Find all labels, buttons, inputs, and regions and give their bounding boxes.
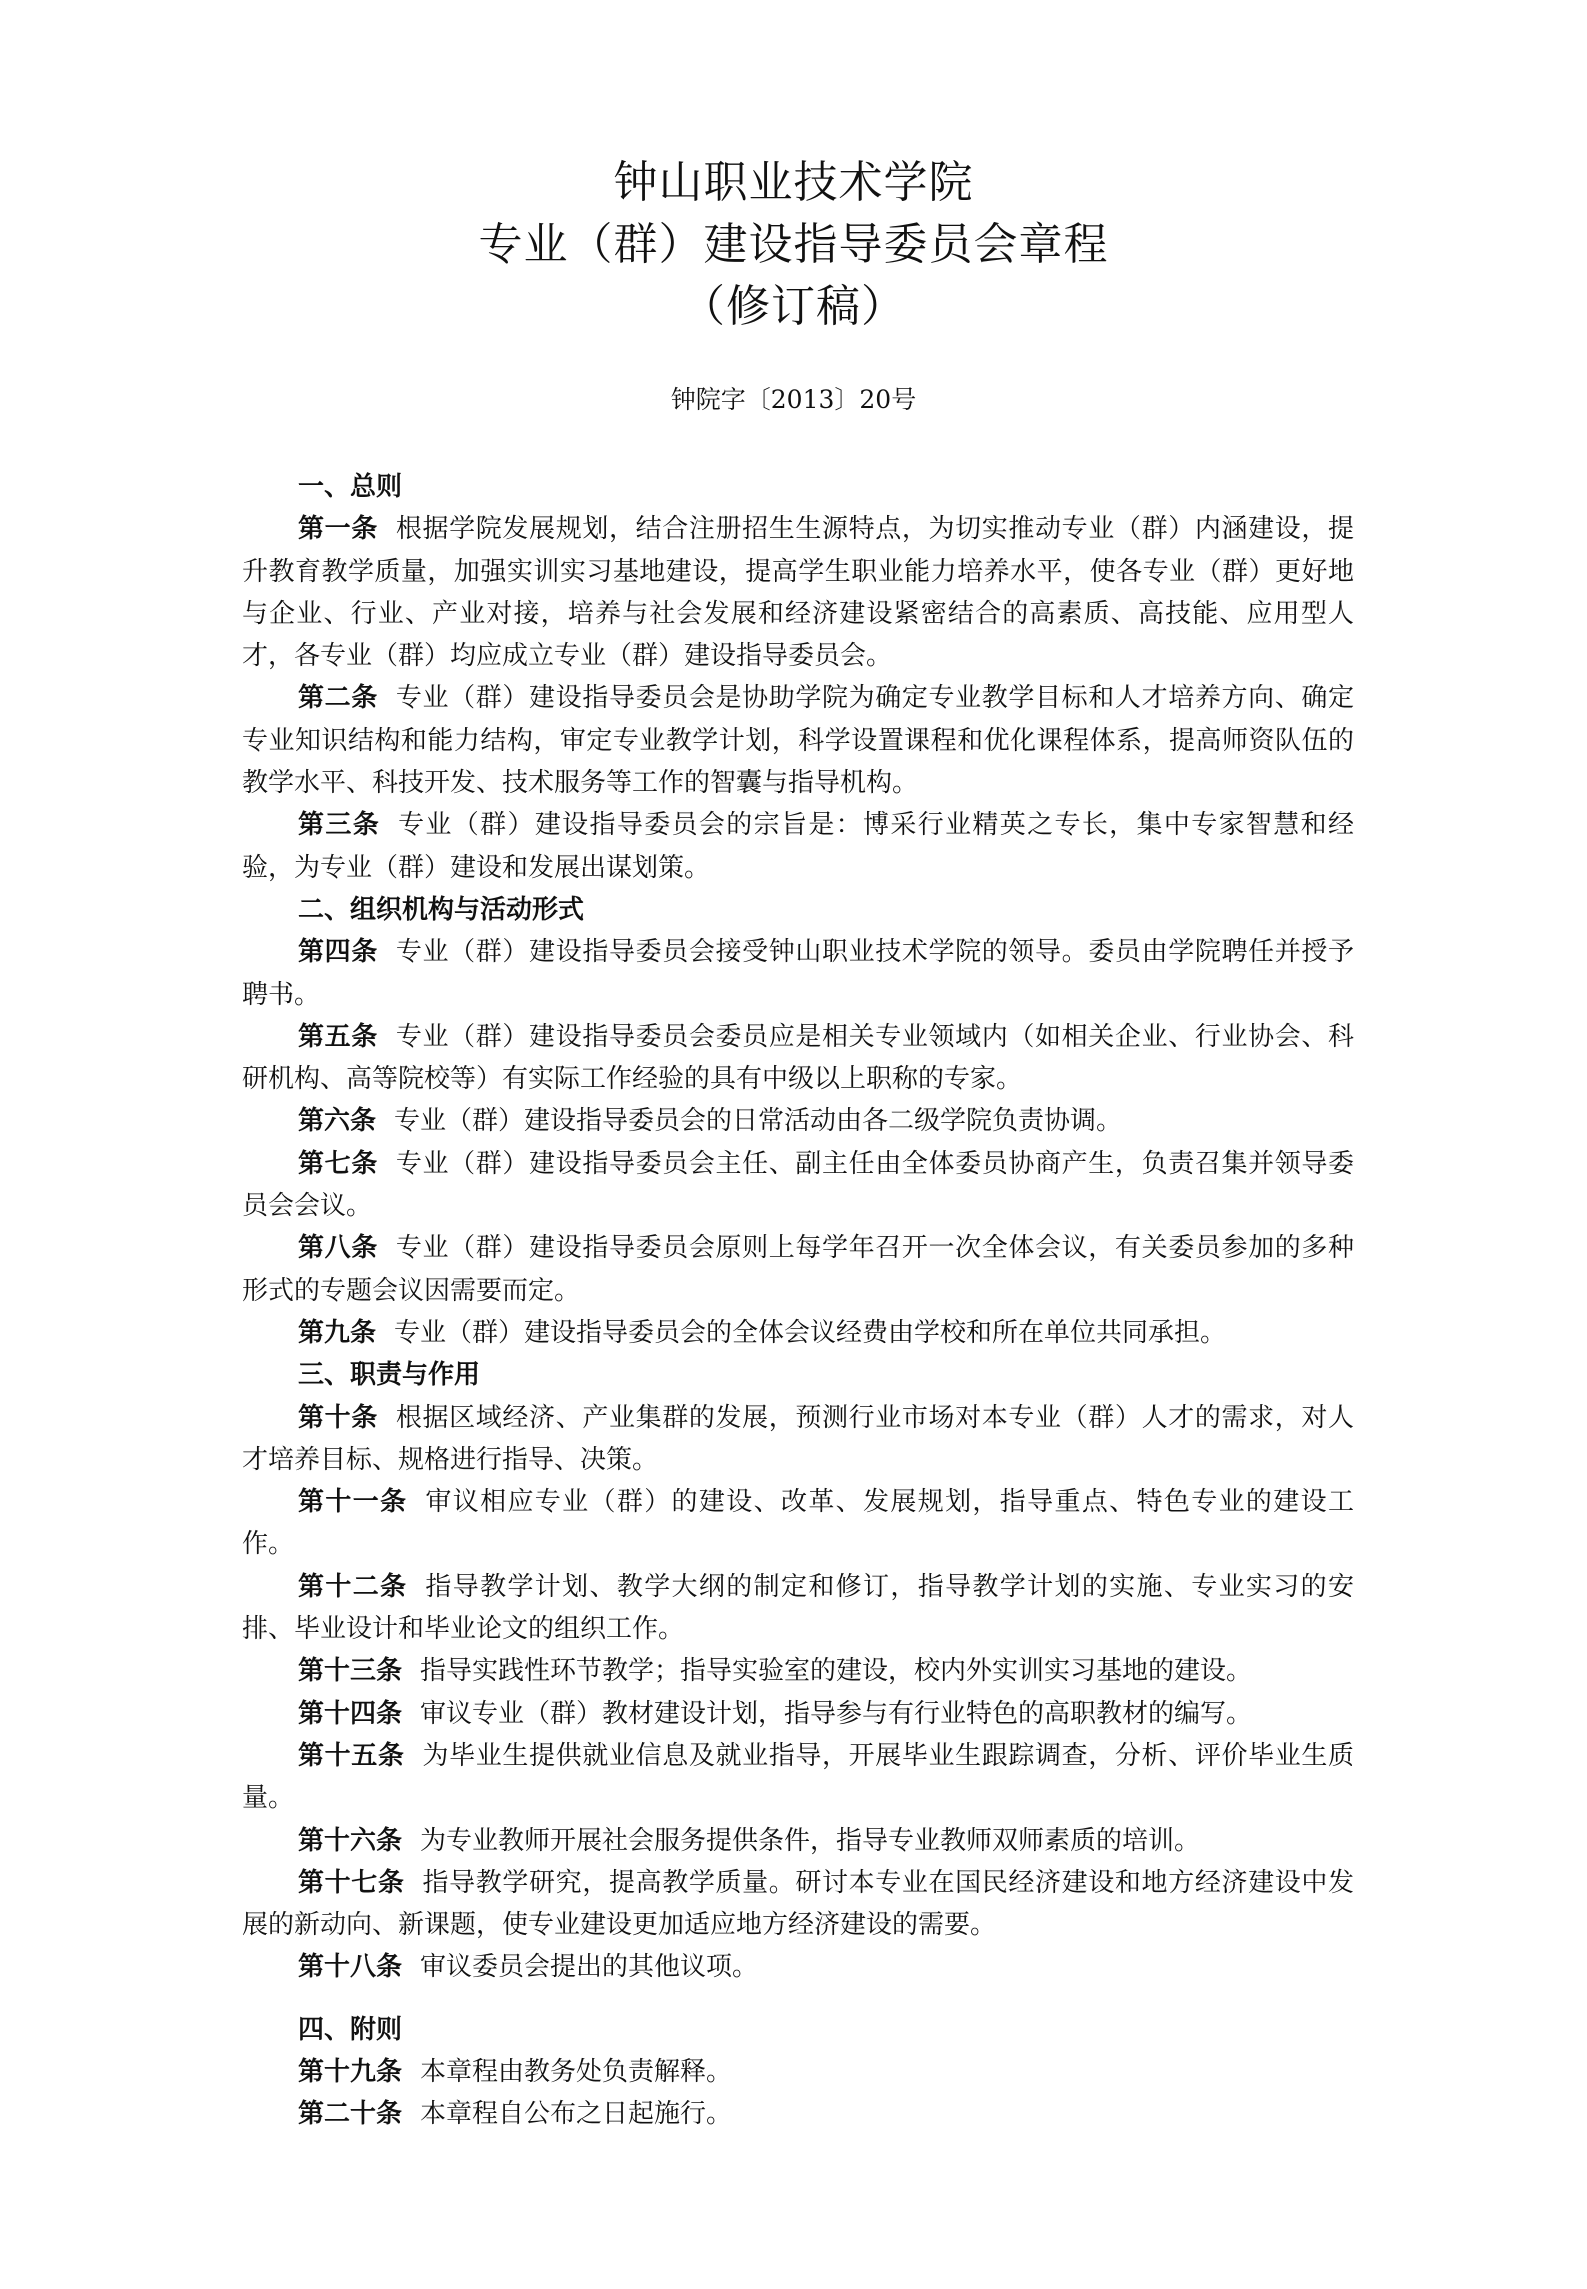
section-heading: 二、组织机构与活动形式: [242, 889, 1354, 931]
article-text: 专业（群）建设指导委员会主任、副主任由全体委员协商产生，负责召集并领导委员会会议…: [242, 1149, 1354, 1221]
title-institution: 钟山职业技术学院: [0, 152, 1587, 214]
article-text: 指导教学计划、教学大纲的制定和修订，指导教学计划的实施、专业实习的安排、毕业设计…: [242, 1572, 1354, 1644]
section-heading: 四、附则: [242, 2009, 1354, 2051]
article: 第十二条指导教学计划、教学大纲的制定和修订，指导教学计划的实施、专业实习的安排、…: [242, 1566, 1354, 1651]
article-label: 第十八条: [298, 1952, 402, 1982]
article-text: 专业（群）建设指导委员会原则上每学年召开一次全体会议，有关委员参加的多种形式的专…: [242, 1233, 1354, 1305]
article: 第十五条为毕业生提供就业信息及就业指导，开展毕业生跟踪调查，分析、评价毕业生质量…: [242, 1735, 1354, 1820]
article-text: 审议相应专业（群）的建设、改革、发展规划，指导重点、特色专业的建设工作。: [242, 1487, 1354, 1559]
article-label: 第十九条: [298, 2057, 402, 2087]
article-label: 第十四条: [298, 1699, 402, 1729]
article-label: 第十二条: [298, 1572, 407, 1602]
article-label: 第十一条: [298, 1487, 407, 1517]
article: 第四条专业（群）建设指导委员会接受钟山职业技术学院的领导。委员由学院聘任并授予聘…: [242, 931, 1354, 1016]
title-revision-note: （修订稿）: [0, 276, 1587, 338]
article-text: 根据学院发展规划，结合注册招生生源特点，为切实推动专业（群）内涵建设，提升教育教…: [242, 514, 1354, 671]
article-label: 第二十条: [298, 2099, 402, 2129]
article: 第十三条指导实践性环节教学；指导实验室的建设，校内外实训实习基地的建设。: [242, 1650, 1354, 1692]
article: 第七条专业（群）建设指导委员会主任、副主任由全体委员协商产生，负责召集并领导委员…: [242, 1143, 1354, 1228]
article-text: 专业（群）建设指导委员会委员应是相关专业领域内（如相关企业、行业协会、科研机构、…: [242, 1022, 1354, 1094]
article-label: 第一条: [298, 514, 378, 544]
section-heading: 三、职责与作用: [242, 1354, 1354, 1396]
article-text: 根据区域经济、产业集群的发展，预测行业市场对本专业（群）人才的需求，对人才培养目…: [242, 1403, 1354, 1475]
article-label: 第三条: [298, 810, 380, 840]
article-text: 专业（群）建设指导委员会接受钟山职业技术学院的领导。委员由学院聘任并授予聘书。: [242, 937, 1354, 1009]
article: 第十六条为专业教师开展社会服务提供条件，指导专业教师双师素质的培训。: [242, 1820, 1354, 1862]
article: 第十一条审议相应专业（群）的建设、改革、发展规划，指导重点、特色专业的建设工作。: [242, 1481, 1354, 1566]
article: 第二条专业（群）建设指导委员会是协助学院为确定专业教学目标和人才培养方向、确定专…: [242, 677, 1354, 804]
article: 第十四条审议专业（群）教材建设计划，指导参与有行业特色的高职教材的编写。: [242, 1693, 1354, 1735]
article: 第二十条本章程自公布之日起施行。: [242, 2093, 1354, 2135]
article: 第十条根据区域经济、产业集群的发展，预测行业市场对本专业（群）人才的需求，对人才…: [242, 1397, 1354, 1482]
document-page: 钟山职业技术学院 专业（群）建设指导委员会章程 （修订稿） 钟院字〔2013〕2…: [0, 0, 1587, 2289]
article-text: 指导实践性环节教学；指导实验室的建设，校内外实训实习基地的建设。: [420, 1656, 1252, 1686]
article-text: 专业（群）建设指导委员会的日常活动由各二级学院负责协调。: [394, 1106, 1122, 1136]
article: 第八条专业（群）建设指导委员会原则上每学年召开一次全体会议，有关委员参加的多种形…: [242, 1227, 1354, 1312]
article-label: 第十七条: [298, 1868, 405, 1898]
article-label: 第五条: [298, 1022, 378, 1052]
article: 第十七条指导教学研究，提高教学质量。研讨本专业在国民经济建设和地方经济建设中发展…: [242, 1862, 1354, 1947]
article-label: 第十三条: [298, 1656, 402, 1686]
article-text: 为毕业生提供就业信息及就业指导，开展毕业生跟踪调查，分析、评价毕业生质量。: [242, 1741, 1354, 1813]
article: 第三条专业（群）建设指导委员会的宗旨是：博采行业精英之专长，集中专家智慧和经验，…: [242, 804, 1354, 889]
article: 第十九条本章程由教务处负责解释。: [242, 2051, 1354, 2093]
article-label: 第四条: [298, 937, 378, 967]
article-text: 指导教学研究，提高教学质量。研讨本专业在国民经济建设和地方经济建设中发展的新动向…: [242, 1868, 1354, 1940]
article-text: 本章程自公布之日起施行。: [420, 2099, 732, 2129]
article: 第一条根据学院发展规划，结合注册招生生源特点，为切实推动专业（群）内涵建设，提升…: [242, 508, 1354, 677]
title-charter-name: 专业（群）建设指导委员会章程: [0, 214, 1587, 276]
article-label: 第十条: [298, 1403, 378, 1433]
article-label: 第七条: [298, 1149, 378, 1179]
section-heading: 一、总则: [242, 466, 1354, 508]
article-text: 本章程由教务处负责解释。: [420, 2057, 732, 2087]
document-body: 一、总则 第一条根据学院发展规划，结合注册招生生源特点，为切实推动专业（群）内涵…: [242, 466, 1354, 2136]
article-label: 第十六条: [298, 1826, 402, 1856]
spacer: [242, 1989, 1354, 2009]
article-label: 第八条: [298, 1233, 378, 1263]
article-label: 第九条: [298, 1318, 376, 1348]
article-label: 第六条: [298, 1106, 376, 1136]
article-text: 专业（群）建设指导委员会的宗旨是：博采行业精英之专长，集中专家智慧和经验，为专业…: [242, 810, 1354, 882]
article: 第五条专业（群）建设指导委员会委员应是相关专业领域内（如相关企业、行业协会、科研…: [242, 1016, 1354, 1101]
article-label: 第二条: [298, 683, 378, 713]
article-text: 为专业教师开展社会服务提供条件，指导专业教师双师素质的培训。: [420, 1826, 1200, 1856]
article-text: 专业（群）建设指导委员会是协助学院为确定专业教学目标和人才培养方向、确定专业知识…: [242, 683, 1354, 798]
article-label: 第十五条: [298, 1741, 405, 1771]
article: 第十八条审议委员会提出的其他议项。: [242, 1946, 1354, 1988]
article: 第九条专业（群）建设指导委员会的全体会议经费由学校和所在单位共同承担。: [242, 1312, 1354, 1354]
article-text: 专业（群）建设指导委员会的全体会议经费由学校和所在单位共同承担。: [394, 1318, 1226, 1348]
article: 第六条专业（群）建设指导委员会的日常活动由各二级学院负责协调。: [242, 1100, 1354, 1142]
document-number: 钟院字〔2013〕20号: [0, 383, 1587, 417]
article-text: 审议专业（群）教材建设计划，指导参与有行业特色的高职教材的编写。: [420, 1699, 1252, 1729]
article-text: 审议委员会提出的其他议项。: [420, 1952, 758, 1982]
document-title: 钟山职业技术学院 专业（群）建设指导委员会章程 （修订稿）: [0, 152, 1587, 338]
